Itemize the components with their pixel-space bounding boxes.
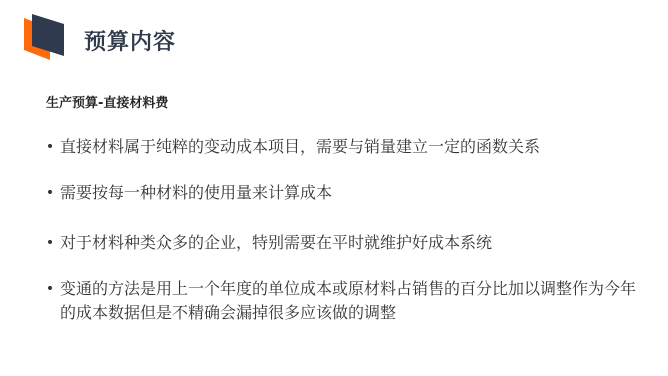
bullet-dot-icon: • — [40, 181, 60, 205]
bullet-item: • 对于材料种类众多的企业，特别需要在平时就维护好成本系统 — [40, 231, 650, 255]
bullet-text: 需要按每一种材料的使用量来计算成本 — [60, 181, 650, 205]
bullet-item: • 直接材料属于纯粹的变动成本项目，需要与销量建立一定的函数关系 — [40, 135, 650, 159]
parallelogram-logo-icon — [20, 12, 70, 64]
bullet-text: 变通的方法是用上一个年度的单位成本或原材料占销售的百分比加以调整作为今年的成本数… — [60, 277, 650, 325]
bullet-item: • 变通的方法是用上一个年度的单位成本或原材料占销售的百分比加以调整作为今年的成… — [40, 277, 650, 325]
bullet-item: • 需要按每一种材料的使用量来计算成本 — [40, 181, 650, 205]
page-title: 预算内容 — [84, 28, 176, 58]
bullet-text: 直接材料属于纯粹的变动成本项目，需要与销量建立一定的函数关系 — [60, 135, 650, 159]
bullet-dot-icon: • — [40, 135, 60, 159]
bullet-dot-icon: • — [40, 277, 60, 301]
bullet-dot-icon: • — [40, 231, 60, 255]
section-subtitle: 生产预算-直接材料费 — [46, 95, 168, 113]
bullet-text: 对于材料种类众多的企业，特别需要在平时就维护好成本系统 — [60, 231, 650, 255]
